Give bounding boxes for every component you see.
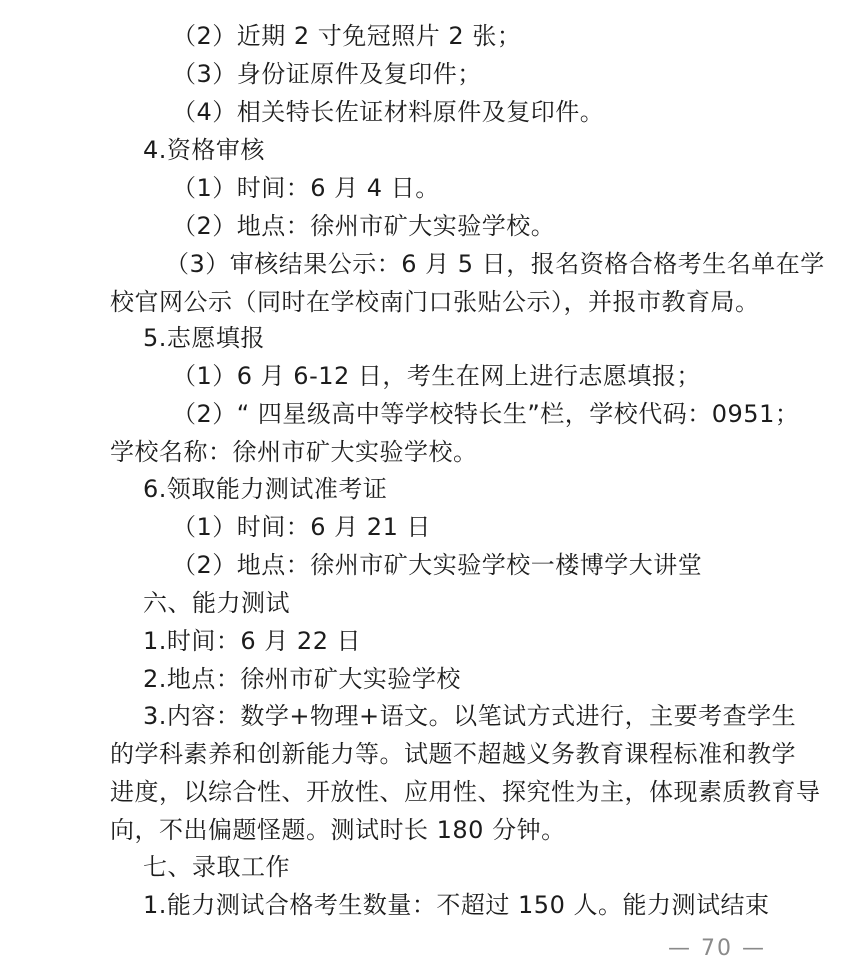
- list-item-review-time: （1）时间：6 月 4 日。: [172, 173, 440, 203]
- list-item-review-location: （2）地点：徐州市矿大实验学校。: [172, 211, 555, 241]
- list-item-test-content: 3.内容：数学+物理+语文。以笔试方式进行，主要考查学生: [143, 701, 796, 731]
- list-item-id-card: （3）身份证原件及复印件；: [172, 59, 482, 89]
- list-item-application-dates: （1）6 月 6-12 日，考生在网上进行志愿填报；: [172, 361, 701, 391]
- page-number: — 70 —: [668, 936, 766, 961]
- list-item-ticket-time: （1）时间：6 月 21 日: [172, 512, 431, 542]
- paragraph-continuation: 学校名称：徐州市矿大实验学校。: [110, 437, 478, 467]
- list-item-test-time: 1.时间：6 月 22 日: [143, 626, 361, 656]
- chapter-heading-admission-work: 七、录取工作: [143, 852, 290, 882]
- list-item-review-announcement: （3）审核结果公示：6 月 5 日，报名资格合格考生名单在学: [165, 249, 825, 279]
- list-item-qualified-count: 1.能力测试合格考生数量：不超过 150 人。能力测试结束: [143, 890, 769, 920]
- list-item-test-location: 2.地点：徐州市矿大实验学校: [143, 664, 461, 694]
- paragraph-continuation: 向，不出偏题怪题。测试时长 180 分钟。: [110, 815, 566, 845]
- list-item-photos: （2）近期 2 寸免冠照片 2 张；: [172, 21, 521, 51]
- paragraph-continuation: 的学科素养和创新能力等。试题不超越义务教育课程标准和教学: [110, 739, 796, 769]
- section-heading-qualification-review: 4.资格审核: [143, 135, 265, 165]
- section-heading-admission-ticket: 6.领取能力测试准考证: [143, 474, 387, 504]
- list-item-talent-evidence: （4）相关特长佐证材料原件及复印件。: [172, 97, 604, 127]
- chapter-heading-ability-test: 六、能力测试: [143, 588, 290, 618]
- section-heading-application: 5.志愿填报: [143, 323, 265, 353]
- list-item-school-code: （2）“ 四星级高中等学校特长生”栏，学校代码：0951；: [172, 399, 799, 429]
- paragraph-continuation: 校官网公示（同时在学校南门口张贴公示），并报市教育局。: [110, 287, 760, 317]
- list-item-ticket-location: （2）地点：徐州市矿大实验学校一楼博学大讲堂: [172, 550, 702, 580]
- paragraph-continuation: 进度，以综合性、开放性、应用性、探究性为主，体现素质教育导: [110, 777, 821, 807]
